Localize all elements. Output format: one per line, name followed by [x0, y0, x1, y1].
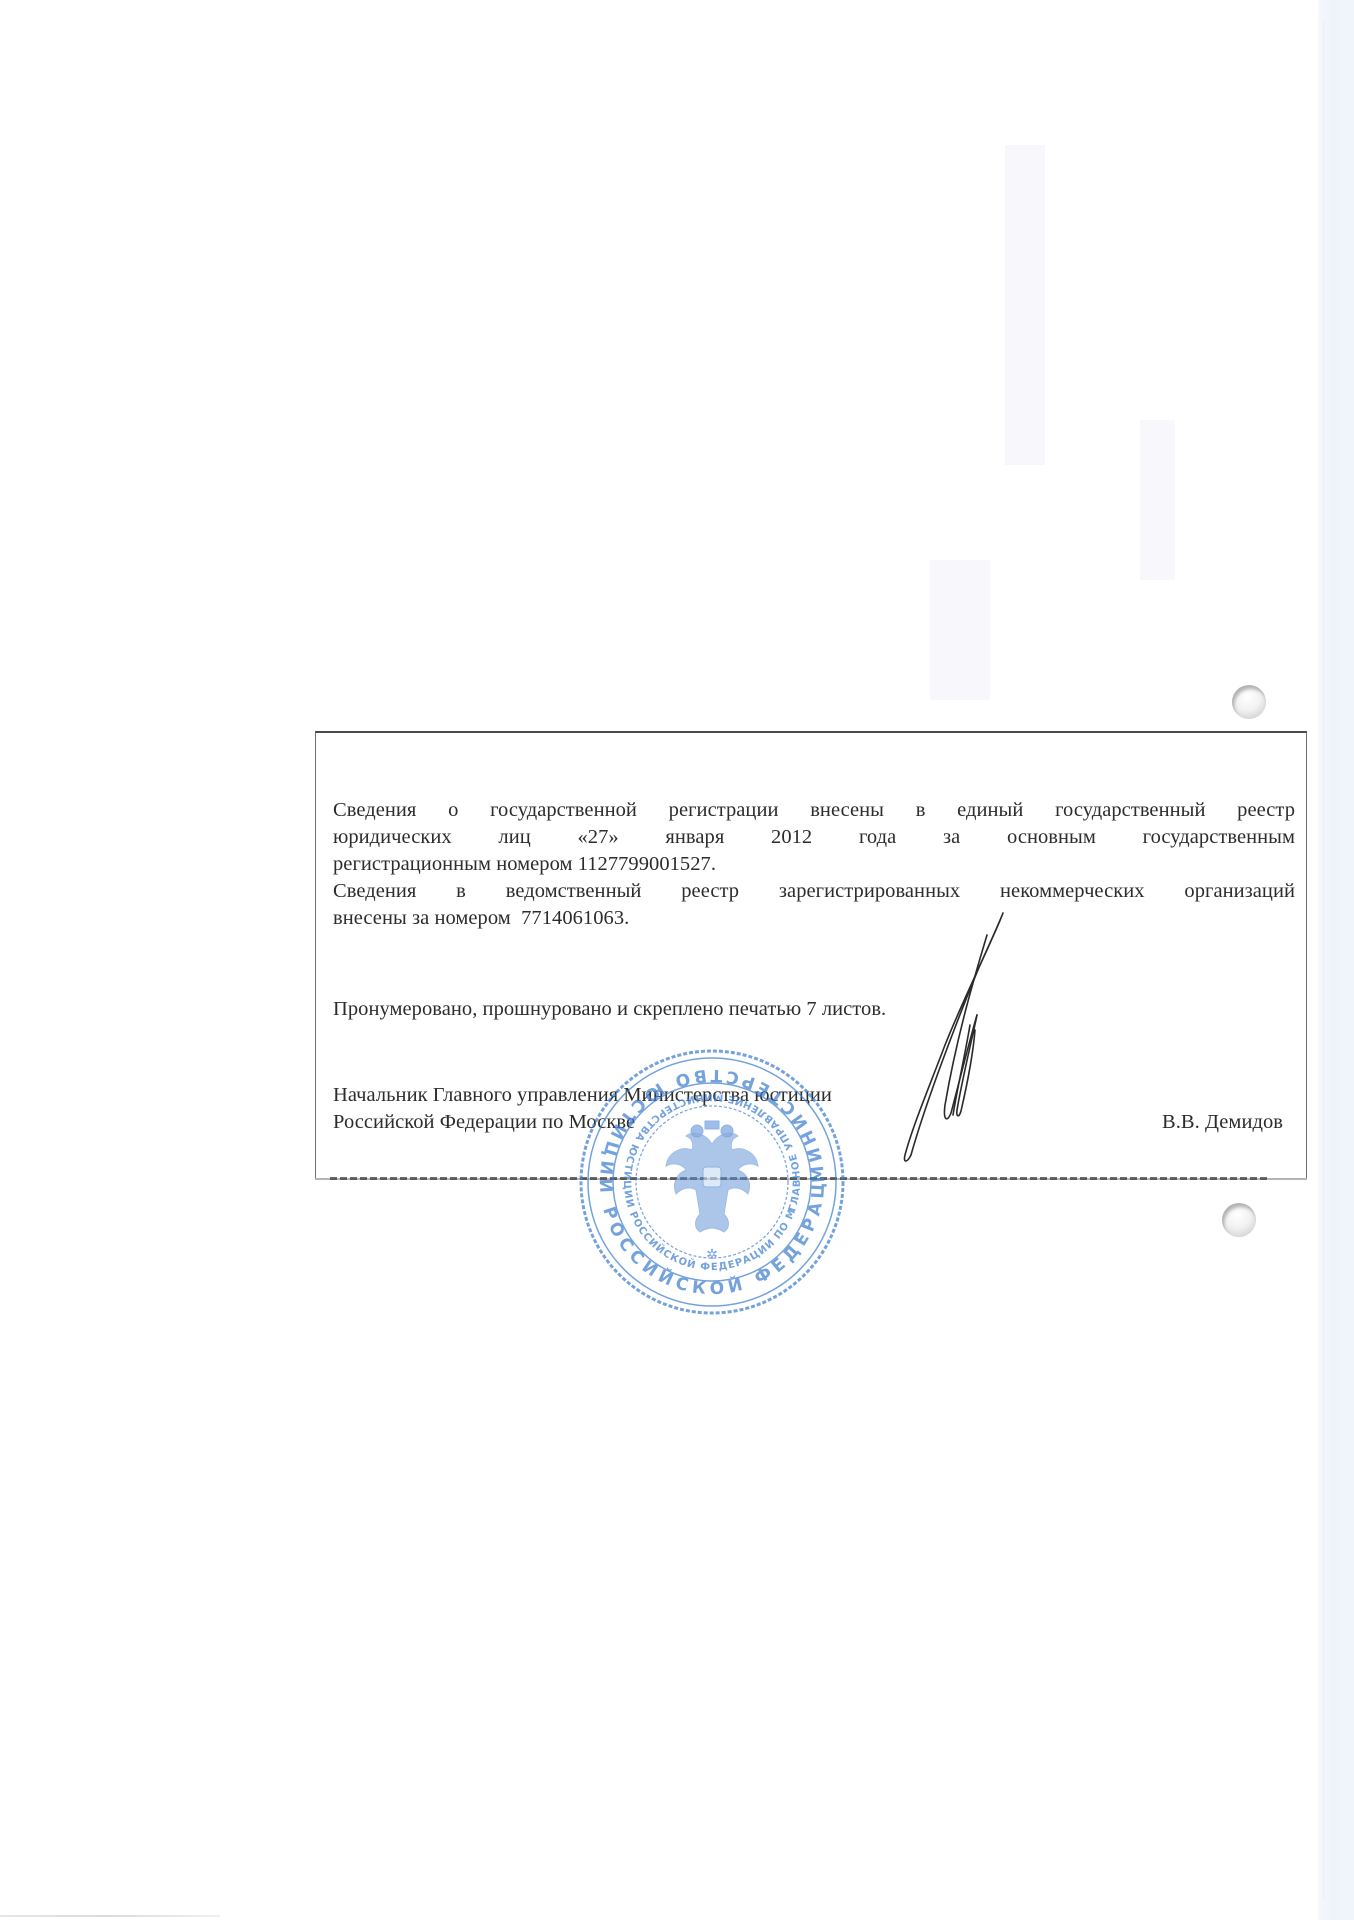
registration-line-2: юридических лиц «27» января 2012 года за…: [333, 824, 1295, 851]
official-seal-stamp: МИНИСТЕРСТВО ЮСТИЦИИ РОССИЙСКОЙ ФЕДЕРАЦИ…: [579, 1049, 845, 1315]
registration-line-1: Сведения о государственной регистрации в…: [333, 797, 1295, 824]
numbered-statement: Пронумеровано, прошнуровано и скреплено …: [333, 996, 1295, 1023]
registry-line-2: внесены за номером 7714061063.: [333, 905, 1295, 932]
registry-line-1: Сведения в ведомственный реестр зарегист…: [333, 878, 1295, 905]
registry-paragraph: Сведения в ведомственный реестр зарегист…: [333, 878, 1295, 932]
registration-line-3: регистрационным номером 1127799001527.: [333, 851, 1295, 878]
signatory-name: В.В. Демидов: [1162, 1109, 1283, 1136]
binding-hole-top: [1232, 685, 1266, 719]
registration-paragraph: Сведения о государственной регистрации в…: [333, 797, 1295, 878]
show-through-marks: [930, 560, 990, 700]
handwritten-signature: [895, 905, 1015, 1175]
show-through-marks: [1005, 145, 1045, 465]
binding-hole-bottom: [1222, 1203, 1256, 1237]
show-through-marks: [1140, 420, 1175, 580]
eagle-emblem-icon: [666, 1121, 758, 1232]
scan-bottom-shadow: [0, 1915, 220, 1917]
scan-edge-line: [1323, 20, 1324, 1900]
seal-star-icon: ✲: [706, 1248, 718, 1263]
